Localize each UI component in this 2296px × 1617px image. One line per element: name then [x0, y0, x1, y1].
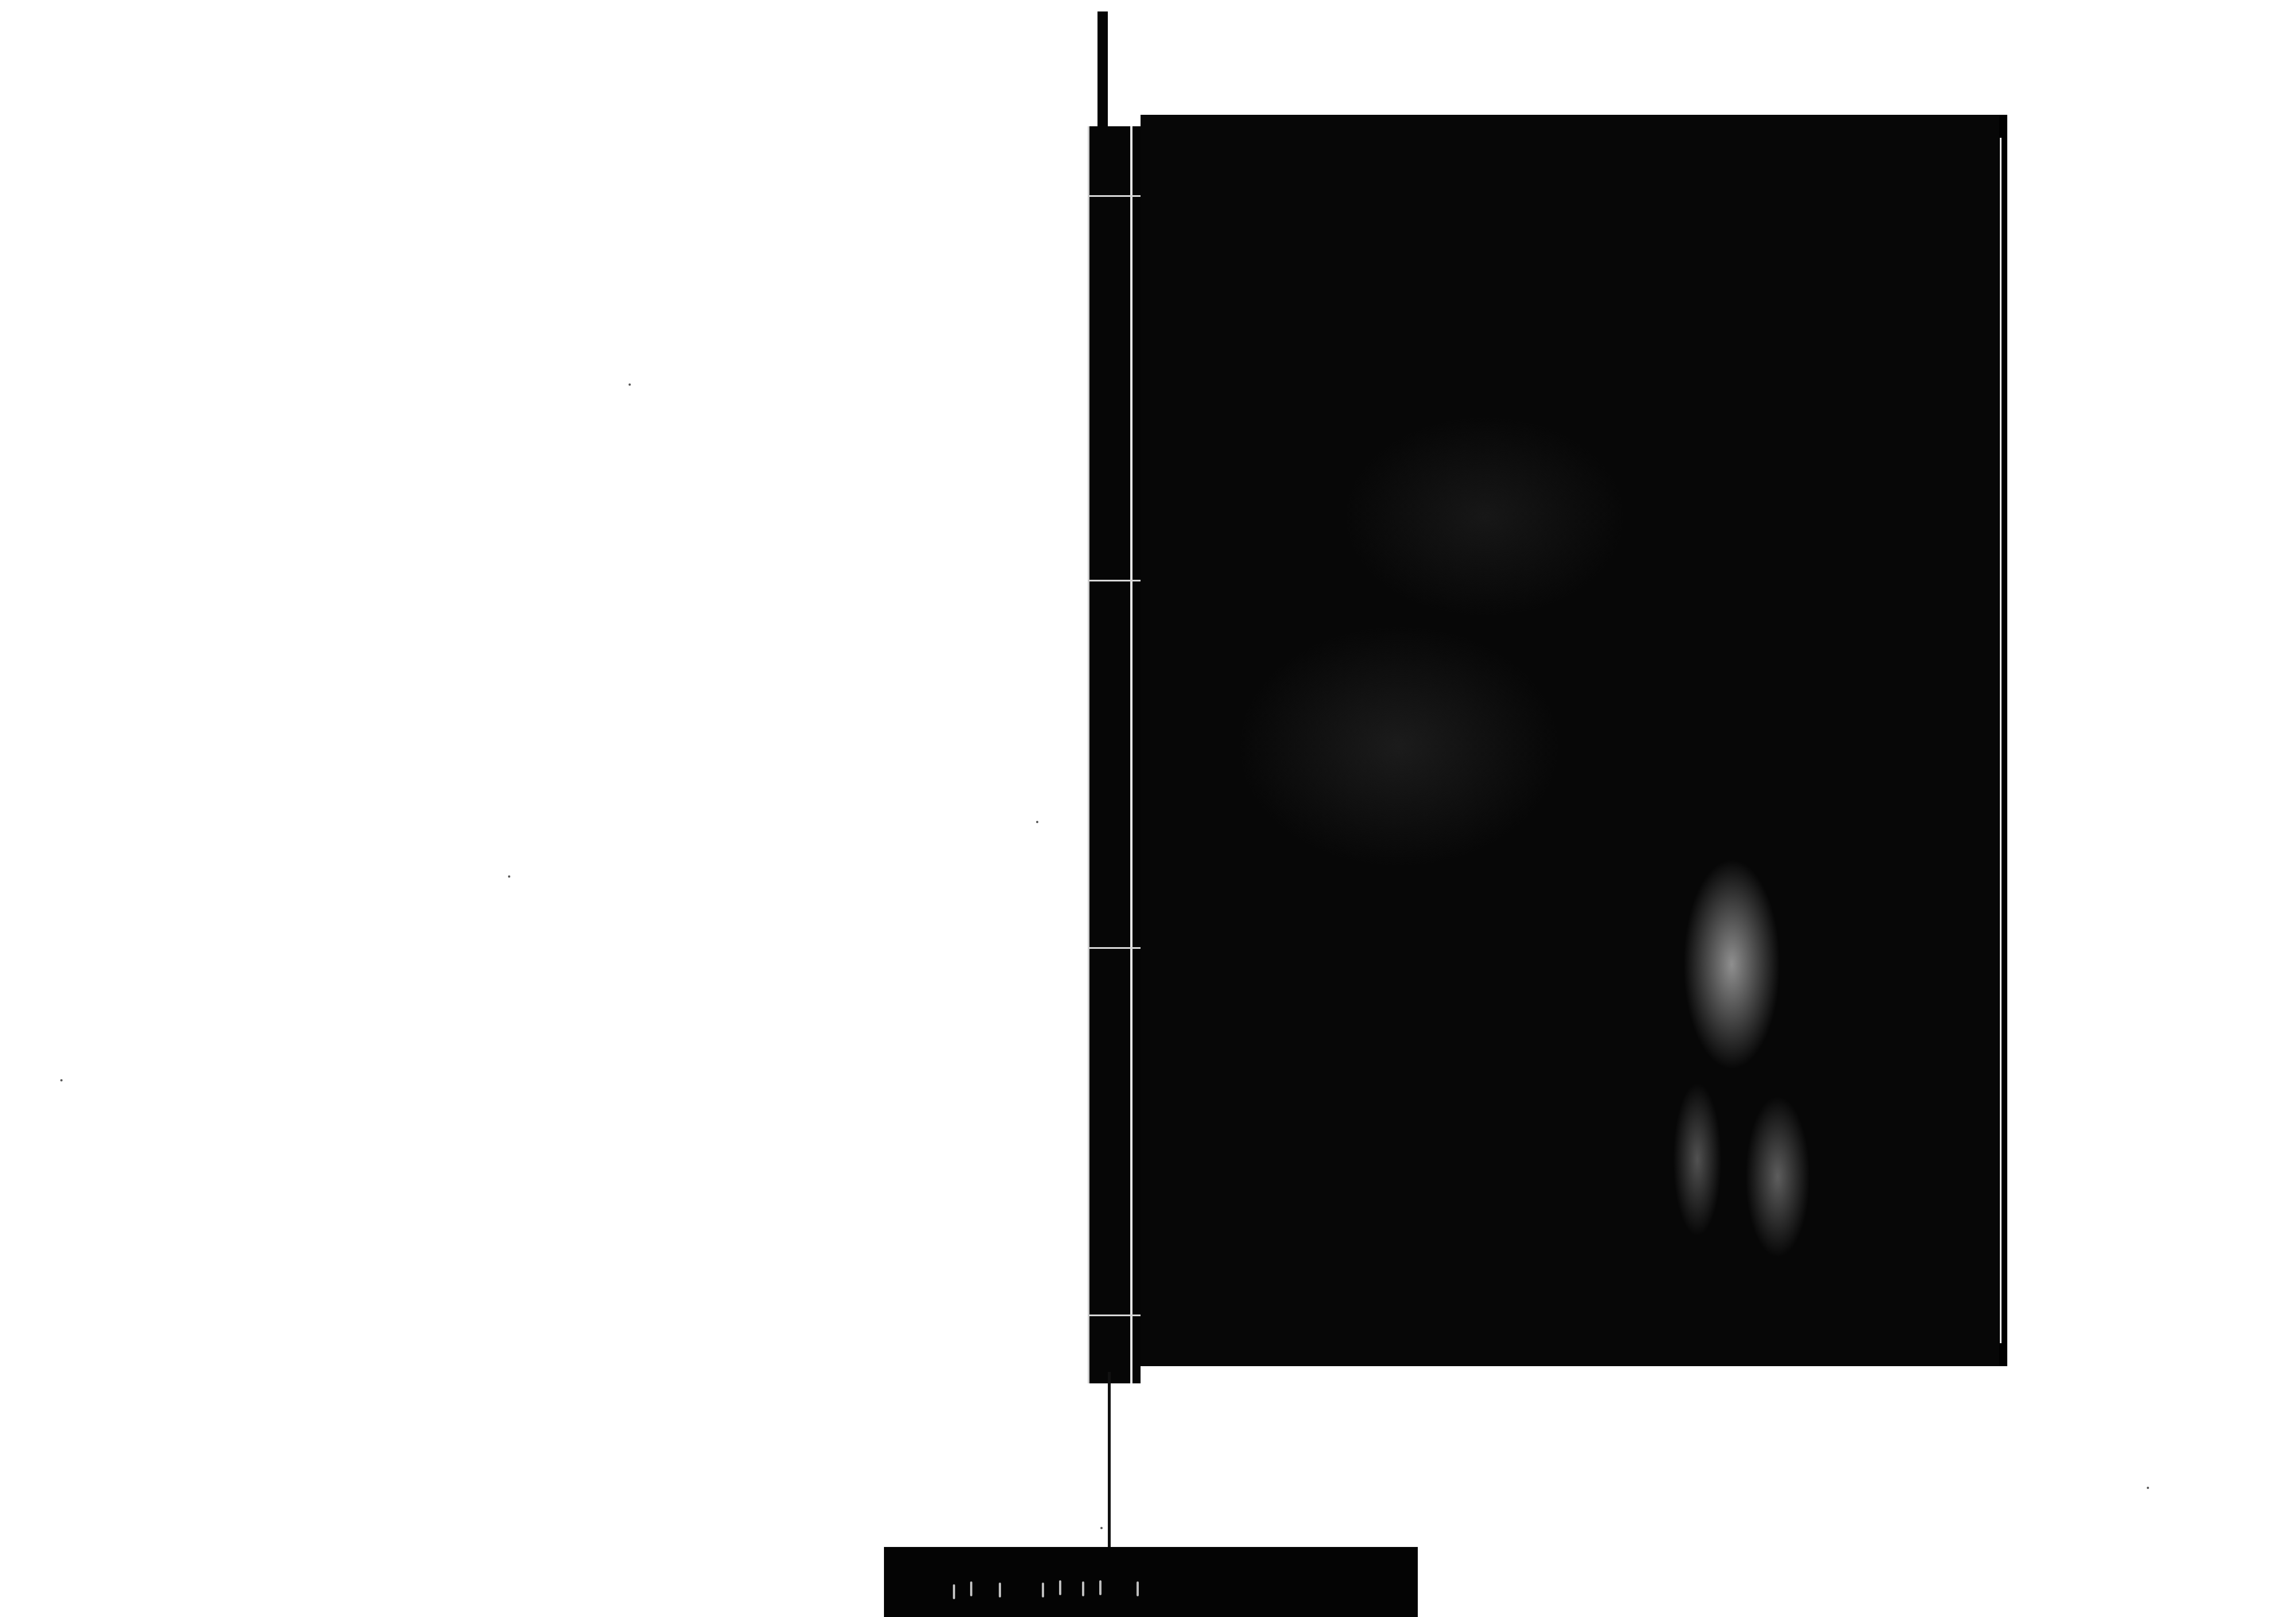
book-cover [1141, 115, 2007, 1366]
strip-mark [1042, 1583, 1044, 1597]
scanned-page [0, 0, 2296, 1617]
strip-mark [1082, 1581, 1084, 1596]
top-ribbon [1097, 11, 1108, 132]
spine-band [1089, 195, 1142, 197]
scan-speck [60, 1079, 63, 1081]
strip-mark [1137, 1581, 1139, 1596]
bottom-dark-strip [884, 1547, 1418, 1617]
scan-speck [508, 875, 510, 878]
scan-speck [2147, 1487, 2149, 1489]
spine-band [1089, 947, 1142, 949]
spine-rule-line [1130, 126, 1133, 1383]
strip-mark [1059, 1580, 1061, 1595]
strip-mark [1099, 1580, 1102, 1595]
strip-mark [999, 1583, 1001, 1597]
book [1088, 115, 2018, 1372]
scan-speck [629, 383, 631, 386]
book-spine [1088, 126, 1141, 1383]
strip-mark [970, 1581, 972, 1596]
bottom-string [1108, 1372, 1111, 1550]
spine-band [1089, 580, 1142, 581]
scan-speck [1036, 821, 1038, 823]
scan-speck [1100, 1527, 1103, 1529]
strip-mark [953, 1584, 955, 1599]
spine-band [1089, 1314, 1142, 1316]
